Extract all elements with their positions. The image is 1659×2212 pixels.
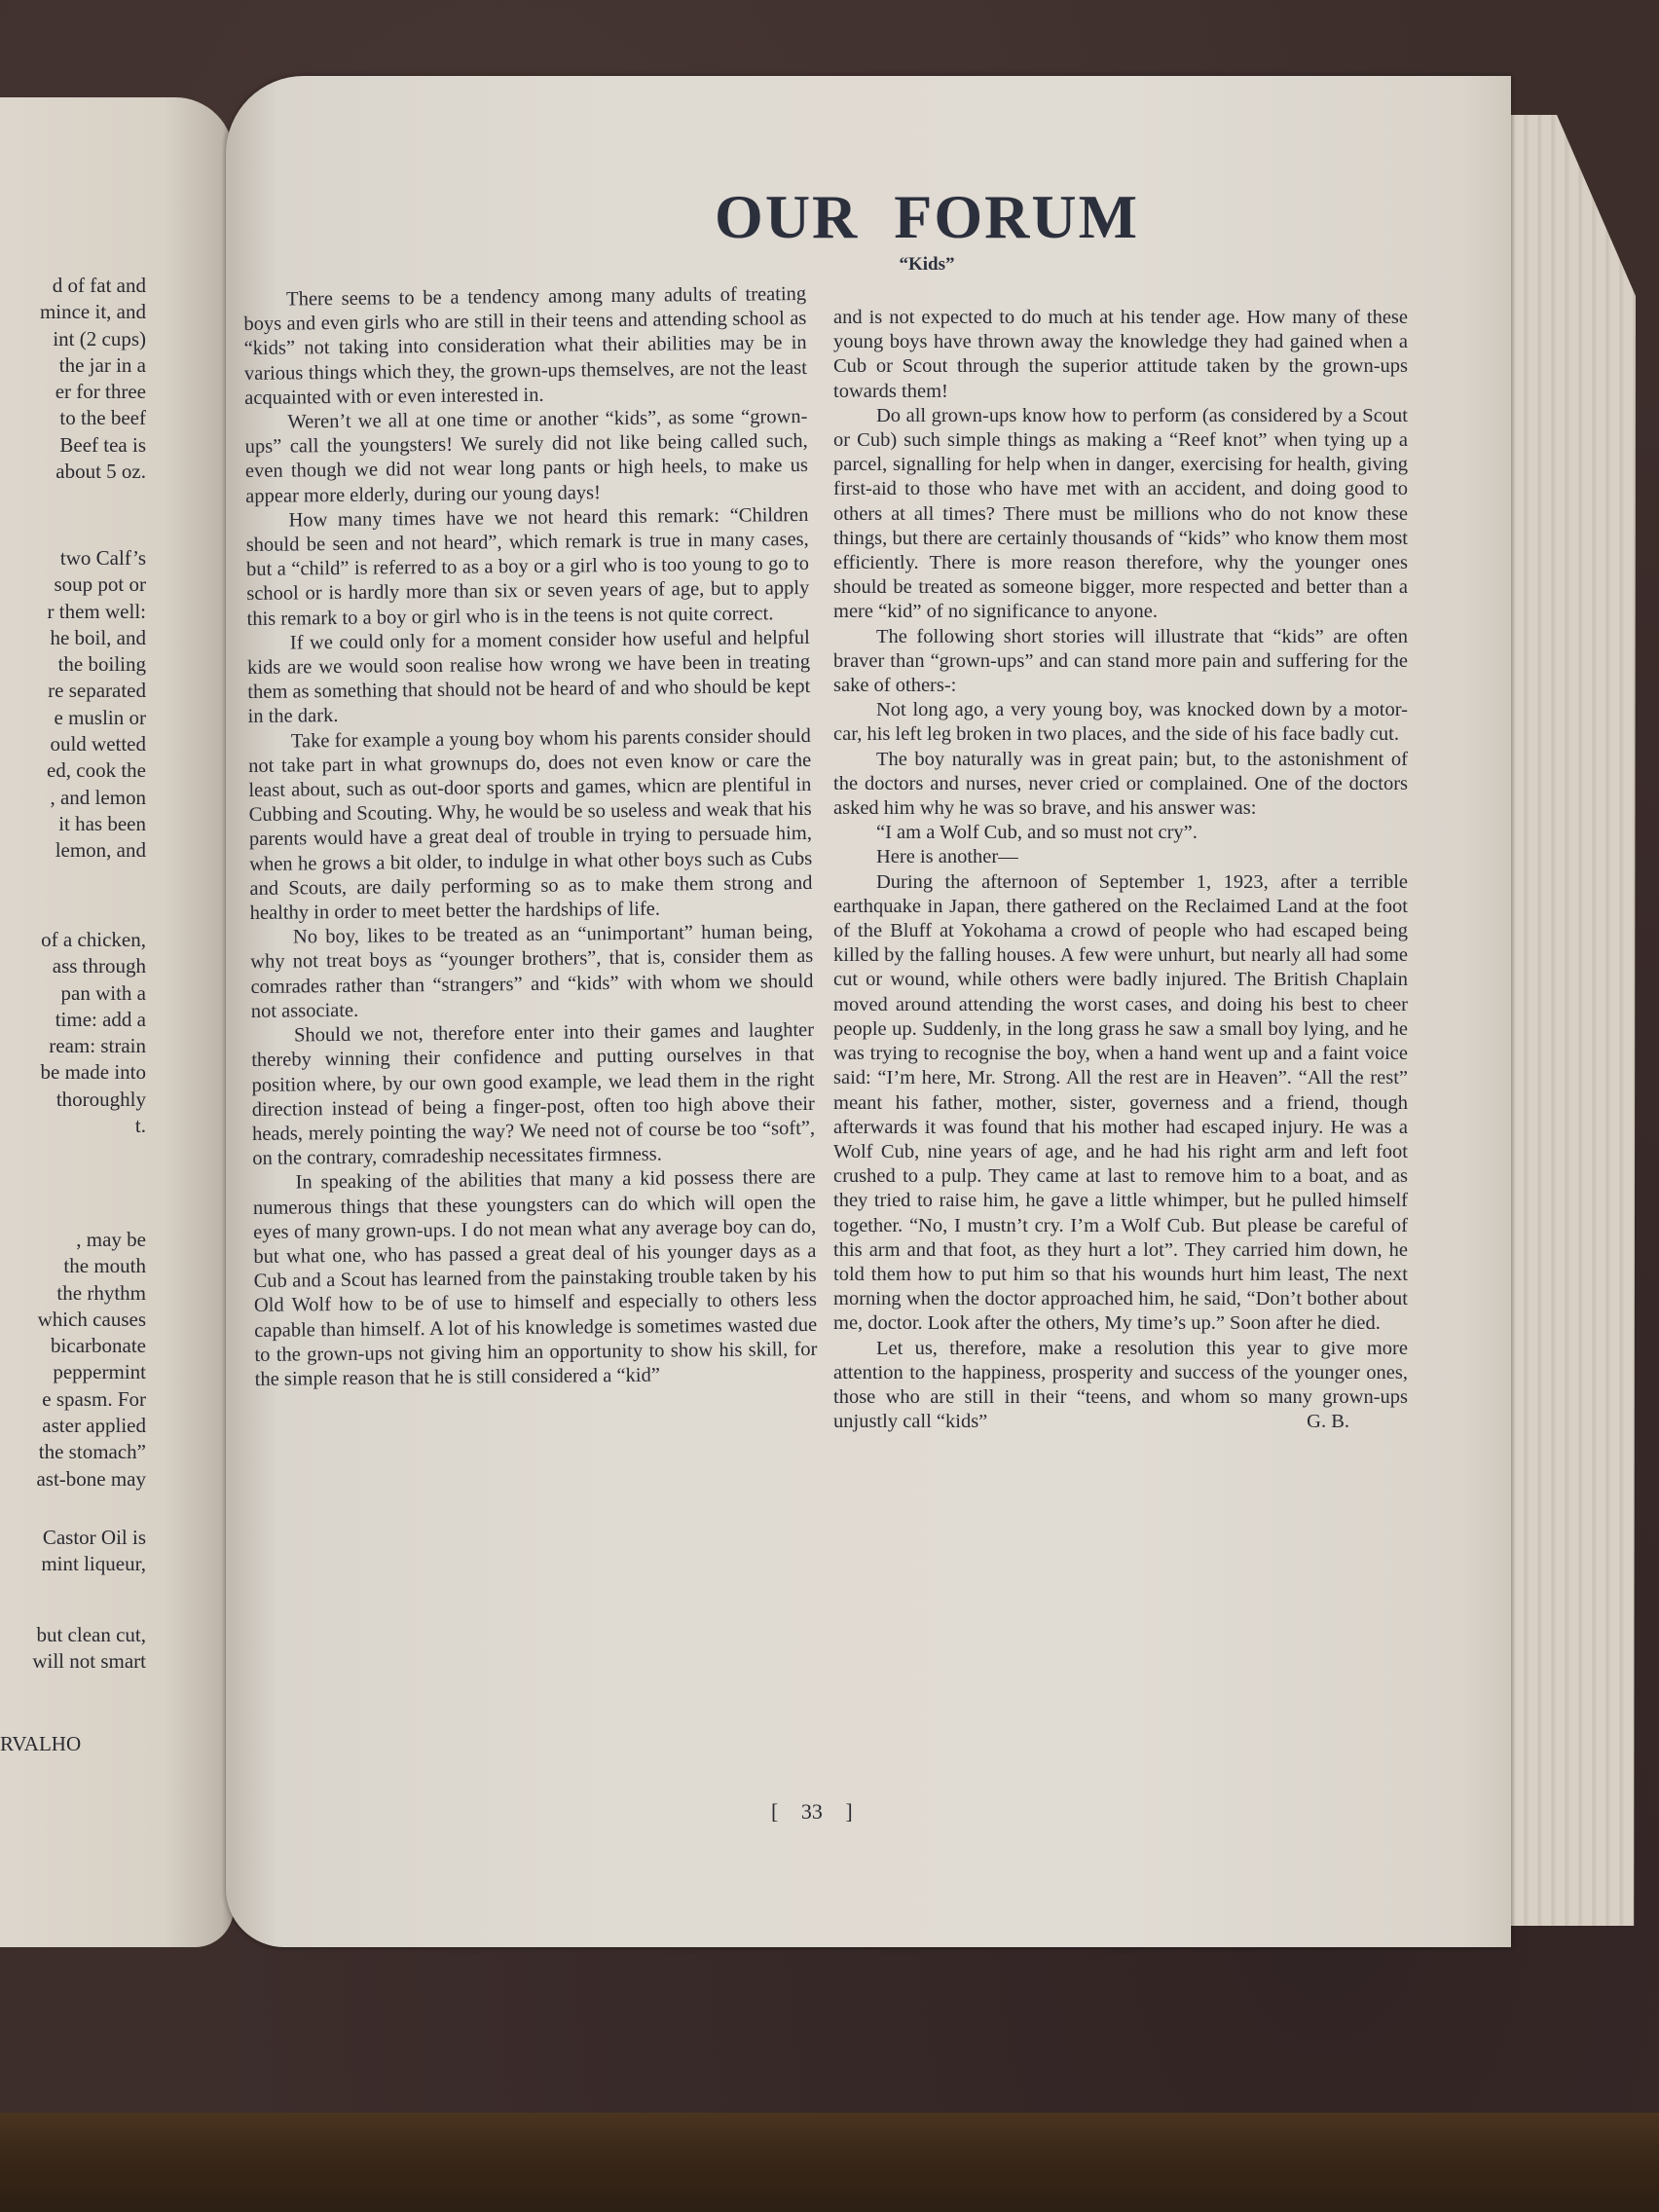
- paragraph: Should we not, therefore enter into thei…: [251, 1018, 816, 1171]
- left-fragment-block-4: , may bethe mouth the rhythmwhich causes…: [0, 1227, 146, 1493]
- paragraph: Do all grown-ups know how to perform (as…: [833, 404, 1408, 625]
- paragraph: There seems to be a tendency among many …: [243, 282, 807, 411]
- paragraph: and is not expected to do much at his te…: [833, 306, 1408, 404]
- paragraph: Take for example a young boy whom his pa…: [248, 724, 813, 927]
- article-column-right: and is not expected to do much at his te…: [833, 306, 1408, 1435]
- paragraph: Weren’t we all at one time or another “k…: [244, 405, 808, 509]
- article-subtitle: “Kids”: [226, 254, 1511, 276]
- left-fragment-block-6: but clean cut,will not smart: [0, 1622, 146, 1676]
- left-fragment-block-3: of a chicken,ass through pan with atime:…: [0, 927, 146, 1139]
- paragraph: In speaking of the abilities that many a…: [253, 1165, 818, 1392]
- quote-paragraph: “I am a Wolf Cub, and so must not cry”.: [833, 821, 1408, 845]
- article-column-left: There seems to be a tendency among many …: [243, 282, 818, 1392]
- left-fragment-block-1: d of fat andmince it, and int (2 cups)th…: [0, 273, 146, 485]
- paragraph: During the afternoon of September 1, 192…: [833, 870, 1408, 1337]
- left-page-author: RVALHO: [0, 1731, 117, 1757]
- left-fragment-block-5: Castor Oil ismint liqueur,: [0, 1525, 146, 1578]
- paragraph: No boy, likes to be treated as an “unimp…: [250, 920, 814, 1024]
- page-title: OUR FORUM: [226, 181, 1511, 253]
- left-page: d of fat andmince it, and int (2 cups)th…: [0, 97, 234, 1947]
- paragraph: Here is another—: [833, 845, 1408, 869]
- paragraph: The boy naturally was in great pain; but…: [833, 748, 1408, 822]
- paragraph: How many times have we not heard this re…: [245, 503, 809, 632]
- paragraph: The following short stories will illustr…: [833, 625, 1408, 699]
- page-number: [ 33 ]: [771, 1799, 853, 1825]
- left-fragment-block-2: two Calf’ssoup pot or r them well:he boi…: [0, 545, 146, 865]
- paragraph: Not long ago, a very young boy, was knoc…: [833, 698, 1408, 747]
- wooden-table-edge: [0, 2113, 1659, 2212]
- paragraph: If we could only for a moment consider h…: [247, 626, 811, 730]
- main-page: OUR FORUM “Kids” There seems to be a ten…: [226, 76, 1511, 1947]
